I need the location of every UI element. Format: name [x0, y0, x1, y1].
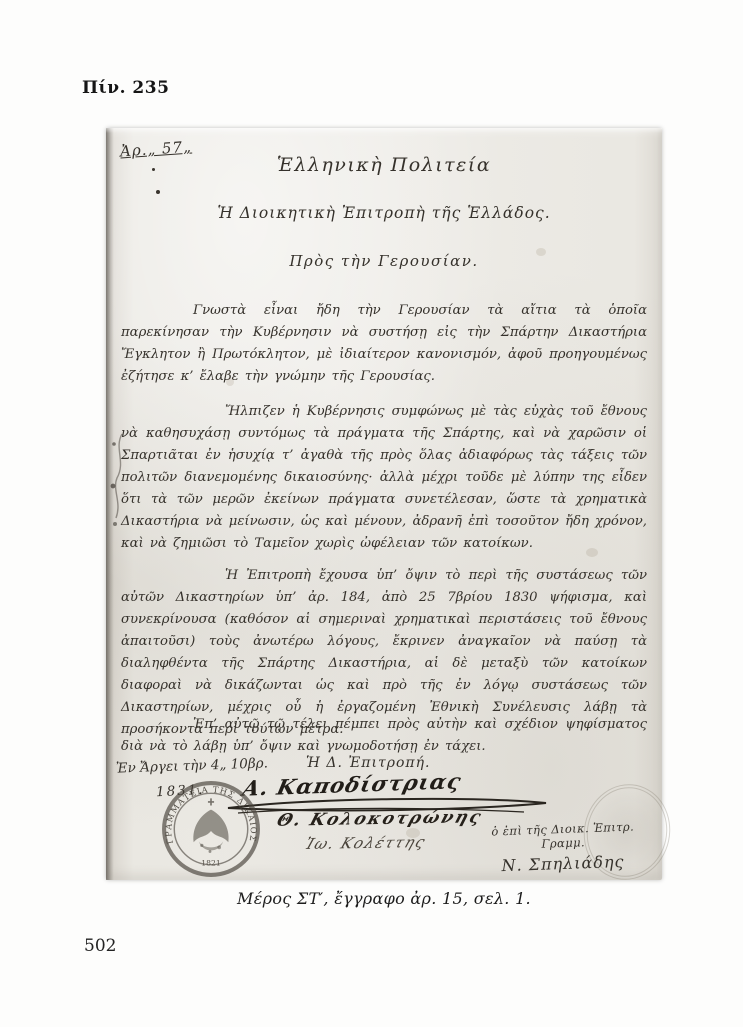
countersignature-title: ὁ ἐπὶ τῆς Διοικ. Ἐπιτρ. Γραμμ. — [472, 819, 655, 853]
seal-year: 1821 — [201, 859, 220, 868]
body-paragraph: Γνωστὰ εἶναι ἤδη τὴν Γερουσίαν τὰ αἴτια … — [121, 300, 647, 388]
signature-kolokotronis: Θ. Κολοκοτρώνης — [274, 807, 485, 831]
fox-spot — [536, 248, 546, 256]
fox-spot — [226, 378, 234, 386]
scan-top-highlight — [106, 128, 662, 133]
body-paragraph: Ἤλπιζεν ἡ Κυβέρνησις συμφώνως μὲ τὰς εὐχ… — [121, 401, 647, 555]
countersignature-name: Ν. Σπηλιάδης — [472, 851, 655, 876]
book-page: Πίν. 235 Ἀρ.„ 57„ Ἑλληνικὴ Πολιτεία Ἡ Δι… — [0, 0, 743, 1027]
margin-ink-marks — [108, 428, 132, 538]
countersignature-block: ὁ ἐπὶ τῆς Διοικ. Ἐπιτρ. Γραμμ. Ν. Σπηλιά… — [472, 822, 654, 873]
page-number: 502 — [84, 936, 116, 956]
heading-committee: Ἡ Διοικητικὴ Ἐπιτροπὴ τῆς Ἑλλάδος. — [106, 204, 662, 222]
phoenix-seal: ΓΡΑΜΜΑΤΕΙΑ ΤΗΣ ΔΙΚΑΙΟΣΥΝΗΣ 1821 — [158, 778, 264, 880]
fox-spot — [406, 828, 420, 838]
heading-addressee: Πρὸς τὴν Γερουσίαν. — [106, 252, 662, 270]
body-paragraph: Ἐπ’ αὐτῷ τῷ τέλει πέμπει πρὸς αὐτὴν καὶ … — [121, 714, 647, 758]
manuscript-scan: Ἀρ.„ 57„ Ἑλληνικὴ Πολιτεία Ἡ Διοικητικὴ … — [106, 128, 662, 880]
ink-dot — [156, 190, 160, 194]
plate-label: Πίν. 235 — [82, 78, 169, 98]
fox-spot — [586, 548, 598, 557]
figure-caption: Μέρος ΣΤ′, ἔγγραφο ἀρ. 15, σελ. 1. — [106, 889, 662, 908]
heading-state: Ἑλληνικὴ Πολιτεία — [106, 154, 662, 176]
dateline-place: Ἐν Ἄργει τὴν 4„ 10βρ. — [116, 755, 268, 776]
committee-label: Ἡ Δ. Ἐπιτροπή. — [306, 755, 430, 771]
